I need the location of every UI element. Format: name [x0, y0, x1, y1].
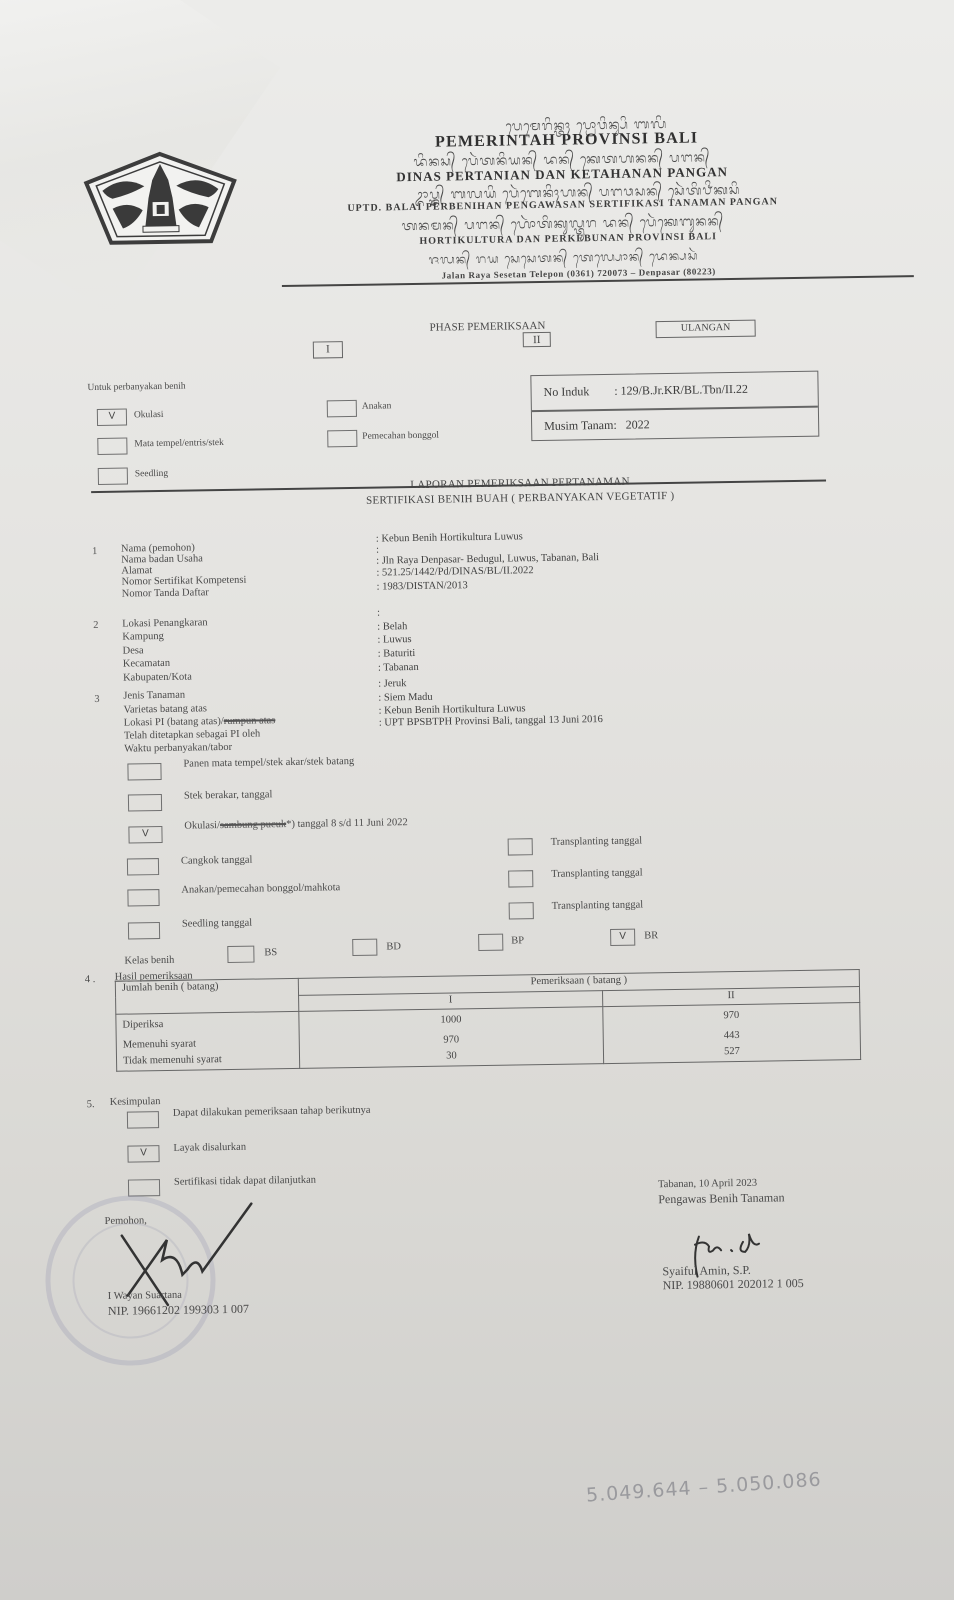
- section-5-title: Kesimpulan: [110, 1096, 161, 1108]
- checkbox-transplanting-3[interactable]: [509, 902, 534, 919]
- okulasi-label-post: *) tanggal 8 s/d 11 Juni 2022: [286, 817, 408, 830]
- inspection-results-table: Jumlah benih ( batang) Pemeriksaan ( bat…: [115, 969, 861, 1072]
- checkbox-transplanting-1[interactable]: [508, 838, 533, 855]
- option-transplanting-1-label: Transplanting tanggal: [551, 835, 643, 847]
- musim-tanam-row: Musim Tanam: 2022: [532, 415, 818, 434]
- lokasi-pi-label-text: Lokasi PI (batang atas)/: [124, 716, 224, 729]
- checkbox-class-bd[interactable]: [352, 939, 377, 956]
- handwritten-note: 5.049.644 – 5.050.086: [585, 1469, 822, 1507]
- class-bd-label: BD: [386, 941, 401, 952]
- section-2-number: 2: [93, 620, 98, 631]
- section-1-number: 1: [92, 546, 97, 557]
- field-label-kabupaten: Kabupaten/Kota: [123, 672, 192, 684]
- row-header-jumlah-benih: Jumlah benih ( batang): [115, 978, 298, 1014]
- class-bp-label: BP: [511, 935, 524, 946]
- field-value-kecamatan: : Baturiti: [378, 648, 416, 660]
- field-label-desa: Desa: [123, 645, 144, 656]
- option-cangkok-label: Cangkok tanggal: [181, 855, 253, 867]
- document-page: ᬧᬾᬫᬾᬭᬶᬦ᭄ᬢᬄ ᬧ᭄ᬭᭀᬯᬶᬦ᭄ᬲᬶ ᬩᬮᬶ PEMERINTAH PRO…: [0, 0, 954, 1600]
- field-label-waktu-perbanyakan: Waktu perbanyakan/tabor: [124, 742, 232, 755]
- option-tahap-berikutnya-label: Dapat dilakukan pemeriksaan tahap beriku…: [173, 1105, 371, 1119]
- field-value-alamat: : Jln Raya Denpasar- Bedugul, Luwus, Tab…: [376, 552, 599, 566]
- checkbox-class-bs[interactable]: [227, 946, 254, 963]
- checkbox-okulasi[interactable]: V: [97, 408, 127, 425]
- seed-class-label: Kelas benih: [124, 955, 174, 967]
- musim-tanam-label: Musim Tanam:: [544, 418, 617, 433]
- field-value-sertifikat-kompetensi: : 521.25/1442/Pd/DINAS/BL/II.2022: [376, 565, 533, 578]
- field-label-jenis-tanaman: Jenis Tanaman: [123, 690, 185, 702]
- checkbox-okulasi-tanggal[interactable]: V: [128, 826, 162, 844]
- okulasi-label-pre: Okulasi/: [184, 820, 220, 832]
- checkbox-anakan[interactable]: [327, 400, 357, 417]
- field-label-tanda-daftar: Nomor Tanda Daftar: [122, 587, 209, 599]
- checkbox-pemecahan-bonggol[interactable]: [327, 430, 357, 447]
- field-value-tanda-daftar: : 1983/DISTAN/2013: [377, 580, 468, 592]
- checkbox-class-bp[interactable]: [478, 934, 503, 951]
- no-induk-value: : 129/B.Jr.KR/BL.Tbn/II.22: [614, 382, 748, 398]
- phase-2-values: 970 443 527: [603, 1003, 861, 1064]
- class-bs-label: BS: [264, 947, 277, 958]
- phase-2-box: II: [523, 332, 551, 347]
- checkbox-mata-tempel[interactable]: [97, 437, 127, 454]
- option-panen-mata-tempel-label: Panen mata tempel/stek akar/stek batang: [183, 756, 354, 770]
- propagation-heading: Untuk perbanyakan benih: [87, 382, 185, 394]
- field-label-lokasi-pi: Lokasi PI (batang atas)/rumpun atas: [124, 715, 276, 728]
- option-tidak-dilanjutkan-label: Sertifikasi tidak dapat dilanjutkan: [174, 1175, 316, 1188]
- field-value-jenis-tanaman: : Jeruk: [378, 678, 406, 689]
- no-induk-row: No Induk : 129/B.Jr.KR/BL.Tbn/II.22: [531, 381, 817, 400]
- phase-1-values: 1000 970 30: [299, 1007, 604, 1069]
- field-label-nama-badan-usaha: Nama badan Usaha: [121, 553, 203, 565]
- registration-box: No Induk : 129/B.Jr.KR/BL.Tbn/II.22 Musi…: [530, 371, 819, 442]
- field-label-ditetapkan-oleh: Telah ditetapkan sebagai PI oleh: [124, 728, 260, 741]
- inspector-nip: NIP. 19880601 202012 1 005: [663, 1276, 804, 1293]
- field-value-lokasi-penangkaran: :: [377, 608, 380, 619]
- field-label-kampung: Kampung: [122, 631, 164, 643]
- option-transplanting-3-label: Transplanting tanggal: [552, 899, 644, 911]
- checkbox-panen-mata-tempel[interactable]: [127, 763, 161, 781]
- row-label-diperiksa: Diperiksa: [122, 1013, 292, 1036]
- field-value-nama-badan-usaha: :: [376, 545, 379, 556]
- checkbox-stek-berakar[interactable]: [128, 794, 162, 812]
- option-pemecahan-bonggol-label: Pemecahan bonggol: [362, 431, 439, 442]
- field-value-nama-pemohon: : Kebun Benih Hortikultura Luwus: [376, 531, 523, 544]
- checkbox-tidak-dilanjutkan[interactable]: [128, 1179, 160, 1197]
- option-okulasi-label: Okulasi: [134, 410, 164, 420]
- field-value-desa: : Luwus: [377, 634, 411, 646]
- option-seedling-tanggal-label: Seedling tanggal: [182, 918, 252, 930]
- checkbox-cangkok[interactable]: [127, 858, 159, 876]
- value-tidak-memenuhi-2: 527: [610, 1044, 854, 1060]
- option-layak-disalurkan-label: Layak disalurkan: [173, 1142, 246, 1154]
- section-4-number: 4 .: [85, 974, 96, 985]
- checkbox-tahap-berikutnya[interactable]: [127, 1111, 159, 1129]
- registration-divider: [532, 406, 818, 412]
- field-label-kecamatan: Kecamatan: [123, 658, 170, 670]
- field-label-alamat: Alamat: [121, 565, 152, 576]
- ulangan-box: ULANGAN: [656, 320, 756, 339]
- field-value-kampung: : Belah: [377, 621, 407, 632]
- checkbox-layak-disalurkan[interactable]: V: [127, 1145, 159, 1163]
- row-label-tidak-memenuhi-syarat: Tidak memenuhi syarat: [123, 1053, 293, 1068]
- phase-1-box: I: [313, 341, 343, 358]
- option-transplanting-2-label: Transplanting tanggal: [551, 867, 643, 879]
- inspector-place-date: Tabanan, 10 April 2023: [658, 1178, 757, 1191]
- inspector-role: Pengawas Benih Tanaman: [658, 1190, 784, 1207]
- checkbox-class-br[interactable]: V: [610, 929, 635, 946]
- row-label-memenuhi-syarat: Memenuhi syarat: [123, 1033, 293, 1056]
- row-labels: Diperiksa Memenuhi syarat Tidak memenuhi…: [116, 1011, 300, 1071]
- field-value-lokasi-pi: : Kebun Benih Hortikultura Luwus: [379, 703, 526, 716]
- no-induk-label: No Induk: [543, 384, 589, 399]
- lokasi-pi-struck-text: rumpun atas: [224, 715, 276, 727]
- field-label-sertifikat-kompetensi: Nomor Sertifikat Kompetensi: [121, 575, 246, 588]
- section-3-number: 3: [94, 694, 99, 705]
- option-stek-berakar-label: Stek berakar, tanggal: [184, 789, 273, 801]
- checkbox-seedling[interactable]: [98, 467, 128, 484]
- checkbox-seedling-tanggal[interactable]: [128, 922, 160, 940]
- field-value-kabupaten: : Tabanan: [378, 662, 419, 674]
- checkbox-transplanting-2[interactable]: [508, 870, 533, 887]
- option-mata-tempel-label: Mata tempel/entris/stek: [134, 438, 224, 449]
- okulasi-label-struck: sambung pucuk: [220, 819, 286, 831]
- option-okulasi-tanggal-label: Okulasi/sambung pucuk*) tanggal 8 s/d 11…: [184, 817, 407, 832]
- applicant-nip: NIP. 19661202 199303 1 007: [108, 1302, 249, 1319]
- field-label-lokasi-penangkaran: Lokasi Penangkaran: [122, 617, 208, 629]
- field-value-varietas: : Siem Madu: [378, 692, 432, 704]
- class-br-label: BR: [644, 930, 658, 941]
- checkbox-anakan-pemecahan[interactable]: [127, 889, 159, 907]
- applicant-name: I Wayan Suartana: [108, 1290, 182, 1302]
- option-seedling-label: Seedling: [135, 469, 168, 480]
- option-anakan-label: Anakan: [362, 401, 392, 411]
- musim-tanam-value: 2022: [626, 417, 650, 431]
- section-5-number: 5.: [87, 1099, 95, 1110]
- field-label-varietas: Varietas batang atas: [123, 703, 207, 715]
- option-anakan-pemecahan-label: Anakan/pemecahan bonggol/mahkota: [181, 882, 340, 895]
- table-row: Diperiksa Memenuhi syarat Tidak memenuhi…: [116, 1003, 861, 1072]
- field-value-ditetapkan-oleh: : UPT BPSBTPH Provinsi Bali, tanggal 13 …: [379, 714, 603, 729]
